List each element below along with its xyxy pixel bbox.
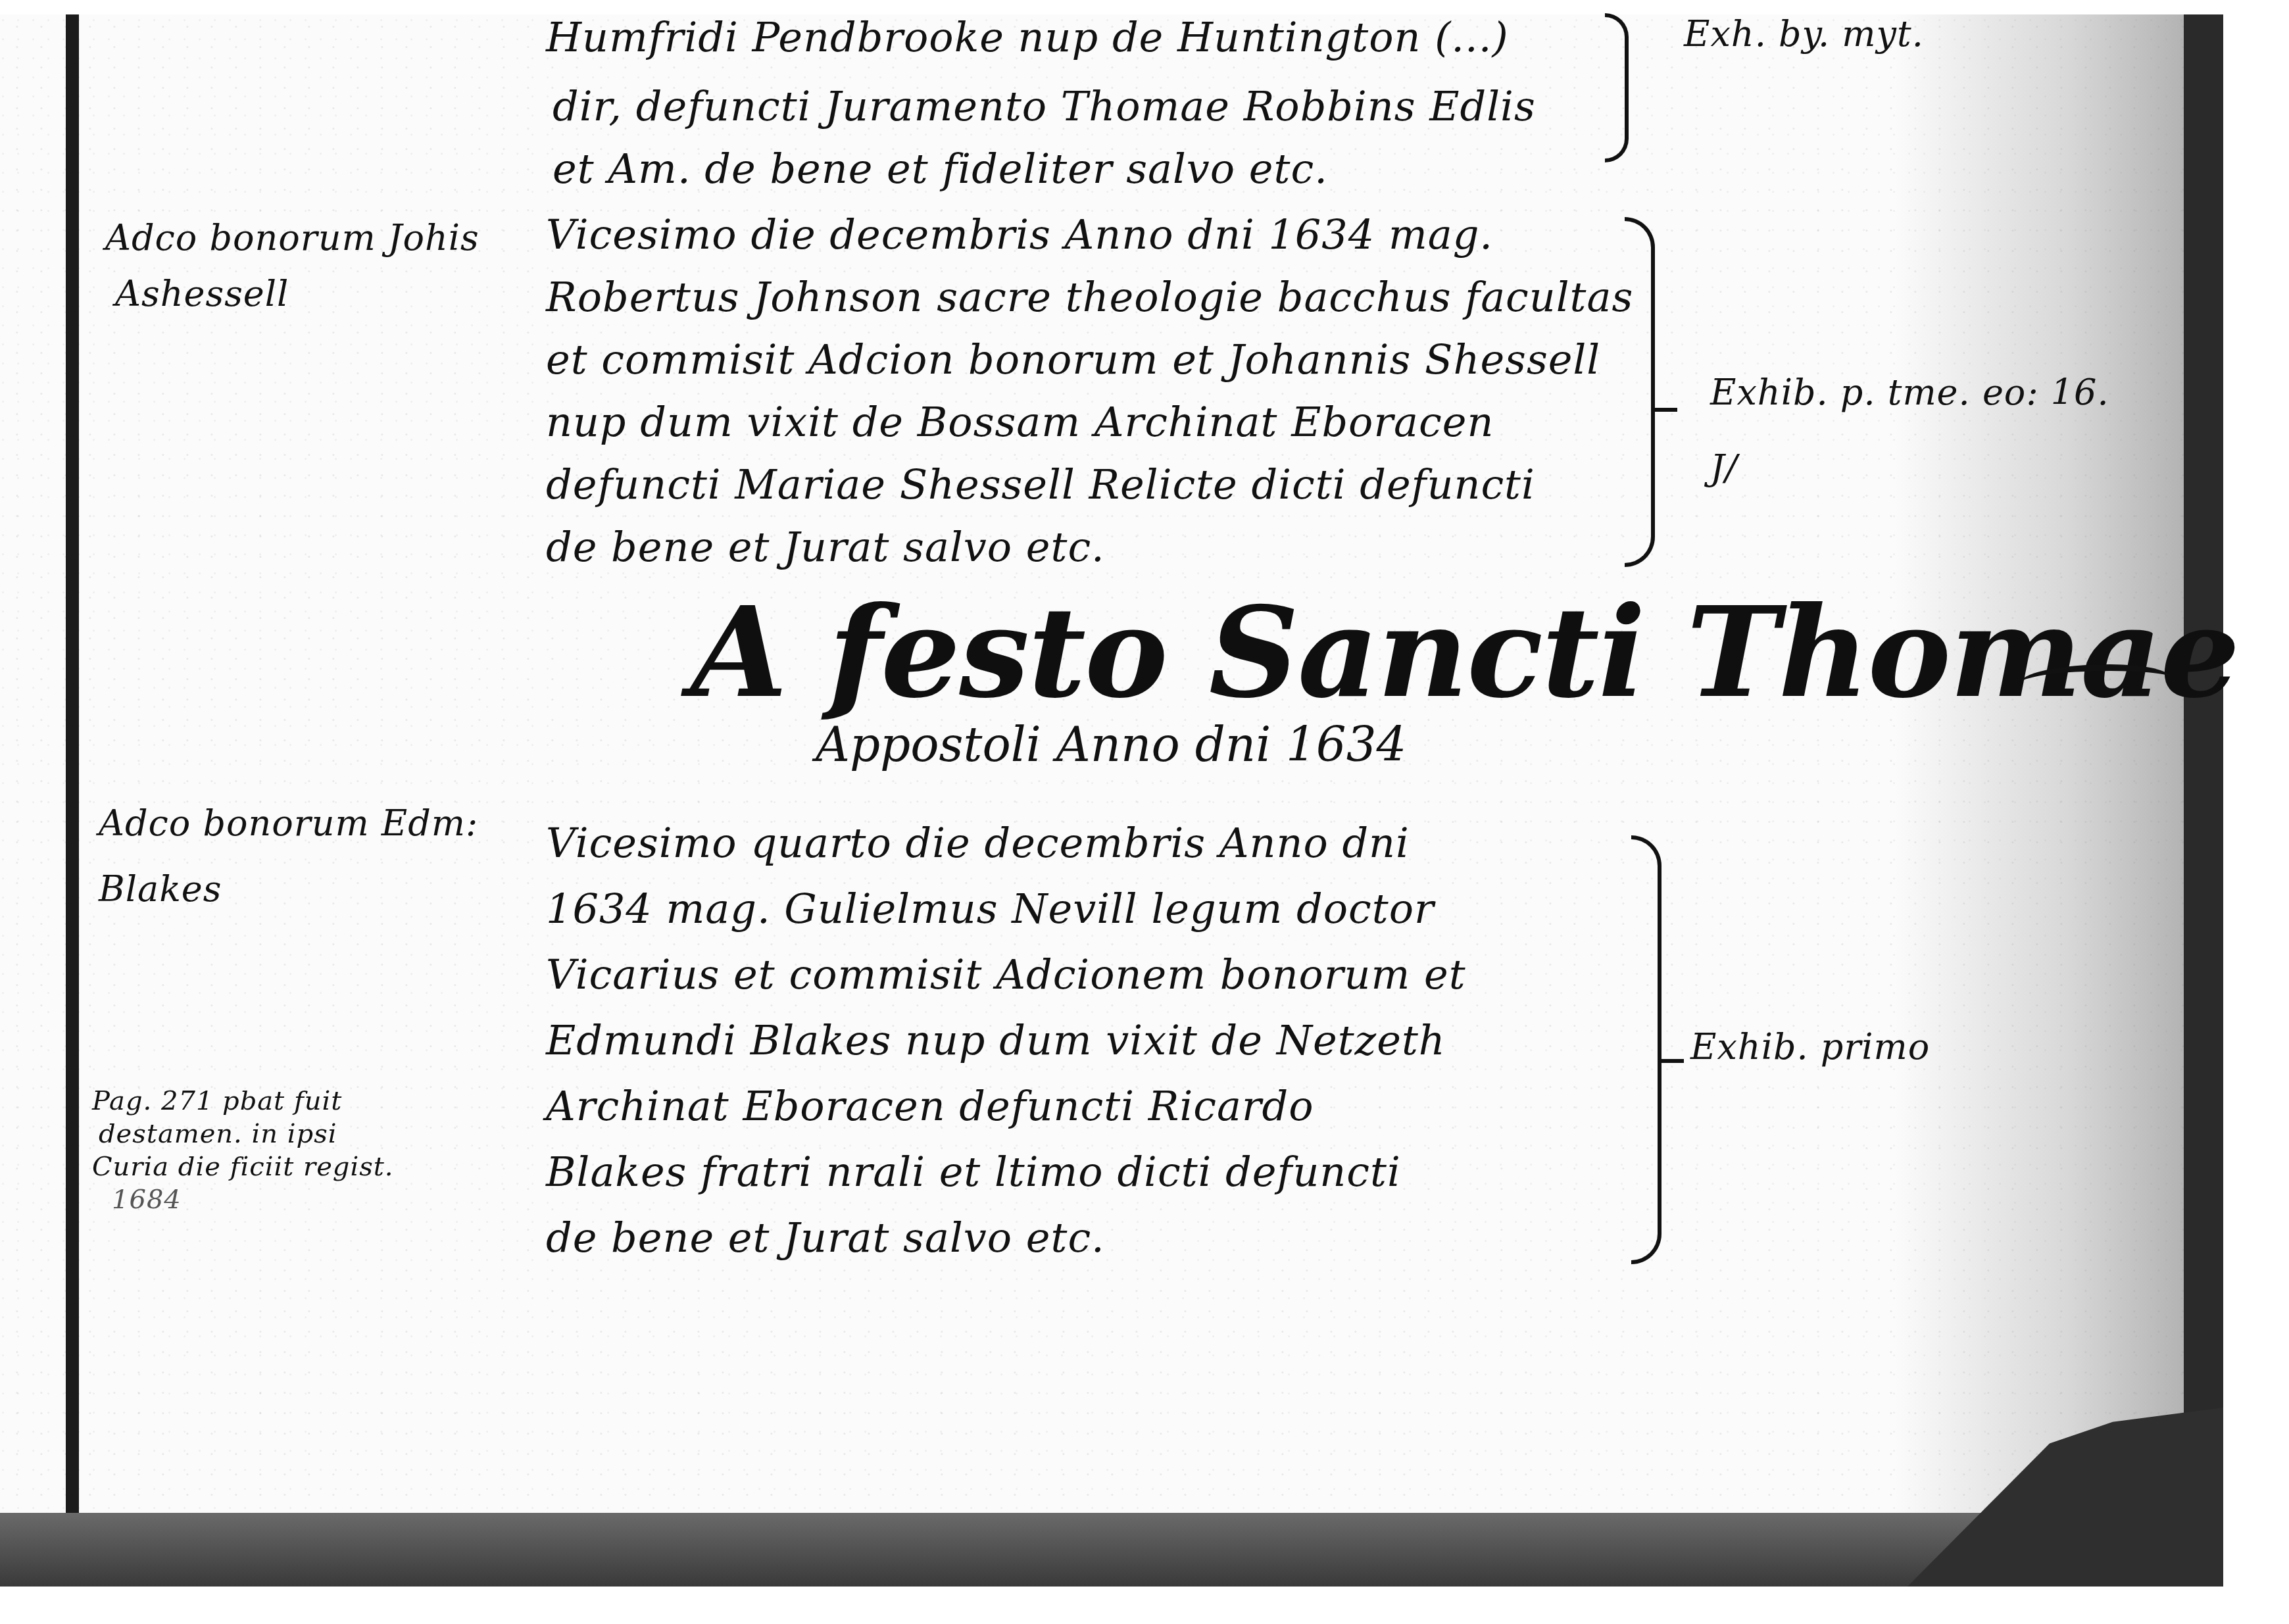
bracket-tip: [1651, 408, 1677, 412]
entry-line: Edmundi Blakes nup dum vixit de Netzeth: [546, 1016, 1446, 1064]
margin-note-line: Pag. 271 pbat fuit: [92, 1085, 342, 1117]
entry-line: Robertus Johnson sacre theologie bacchus…: [546, 273, 1633, 321]
entry-bracket: [1631, 835, 1661, 1264]
page-gutter-shadow: [1894, 14, 2184, 1587]
margin-note-line: 1684: [112, 1184, 182, 1216]
right-margin-note: J/: [1710, 447, 1738, 489]
entry-line: Humfridi Pendbrooke nup de Huntington (.…: [546, 13, 1509, 61]
entry-line: 1634 mag. Gulielmus Nevill legum doctor: [546, 885, 1435, 933]
book-binding-edge: [2184, 14, 2223, 1587]
entry-line: Vicesimo quarto die decembris Anno dni: [546, 819, 1410, 867]
entry-bracket: [1605, 13, 1629, 162]
margin-note-line: destamen. in ipsi: [99, 1118, 337, 1150]
left-margin-note: Blakes: [99, 868, 222, 910]
bracket-tip: [1658, 1059, 1684, 1063]
right-margin-note: Exhib. p. tme. eo: 16.: [1710, 372, 2109, 413]
entry-line: Vicesimo die decembris Anno dni 1634 mag…: [546, 210, 1493, 258]
entry-line: de bene et Jurat salvo etc.: [546, 523, 1105, 571]
entry-line: de bene et Jurat salvo etc.: [546, 1214, 1105, 1262]
right-margin-note: Exhib. primo: [1690, 1026, 1930, 1068]
entry-line: et commisit Adcion bonorum et Johannis S…: [546, 335, 1600, 383]
margin-note-line: Curia die ficiit regist.: [92, 1151, 394, 1183]
entry-line: et Am. de bene et fideliter salvo etc.: [553, 145, 1328, 193]
right-margin-note: Exh. by. myt.: [1684, 13, 1924, 55]
entry-bracket: [1625, 217, 1655, 567]
entry-line: nup dum vixit de Bossam Archinat Eborace…: [546, 398, 1494, 446]
left-margin-rule: [66, 14, 79, 1514]
section-heading: A festo Sancti Thomae: [691, 579, 2238, 726]
entry-line: Archinat Eboracen defuncti Ricardo: [546, 1082, 1314, 1130]
left-margin-note: Adco bonorum Johis: [105, 217, 480, 258]
page-bottom-shadow: [0, 1513, 2223, 1587]
entry-line: defuncti Mariae Shessell Relicte dicti d…: [546, 460, 1535, 508]
entry-line: dir, defuncti Juramento Thomae Robbins E…: [553, 82, 1536, 130]
section-subheading: Appostoli Anno dni 1634: [816, 717, 1406, 772]
entry-line: Blakes fratri nrali et ltimo dicti defun…: [546, 1148, 1401, 1196]
left-margin-note: Adco bonorum Edm:: [99, 802, 478, 844]
entry-line: Vicarius et commisit Adcionem bonorum et: [546, 950, 1466, 998]
left-margin-note: Ashessell: [115, 273, 289, 314]
